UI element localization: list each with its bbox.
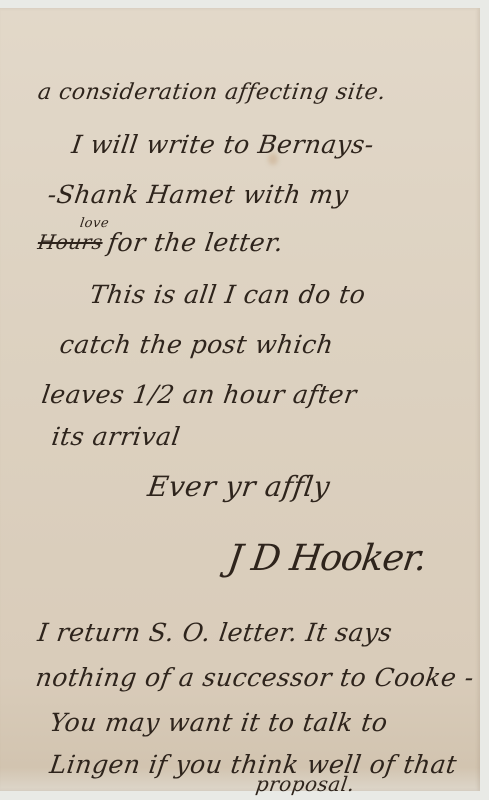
letter-page: a consideration affecting site. I will w…	[0, 8, 480, 791]
postscript-line-2: nothing of a successor to Cooke -	[34, 663, 476, 692]
letter-line-2: I will write to Bernays-	[70, 130, 376, 159]
struck-word: Hours	[36, 230, 104, 254]
postscript-line-1: I return S. O. letter. It says	[36, 618, 394, 647]
postscript-line-5: proposal.	[254, 772, 356, 796]
letter-line-8: its arrival	[50, 422, 182, 451]
postscript-line-3: You may want it to talk to	[48, 708, 390, 737]
inserted-word: love	[79, 216, 110, 231]
letter-closing: Ever yr affly	[146, 470, 333, 503]
letter-line-4: for the letter.	[106, 228, 285, 257]
letter-line-7: leaves 1/2 an hour after	[40, 380, 359, 409]
postscript-line-4: Lingen if you think well of that	[48, 750, 459, 779]
letter-line-3: -Shank Hamet with my	[46, 180, 350, 209]
letter-line-6: catch the post which	[58, 330, 335, 359]
scanned-letter: a consideration affecting site. I will w…	[0, 0, 489, 800]
letter-line-1: a consideration affecting site.	[36, 80, 387, 105]
letter-line-5: This is all I can do to	[88, 280, 368, 309]
signature: J D Hooker.	[225, 538, 429, 579]
